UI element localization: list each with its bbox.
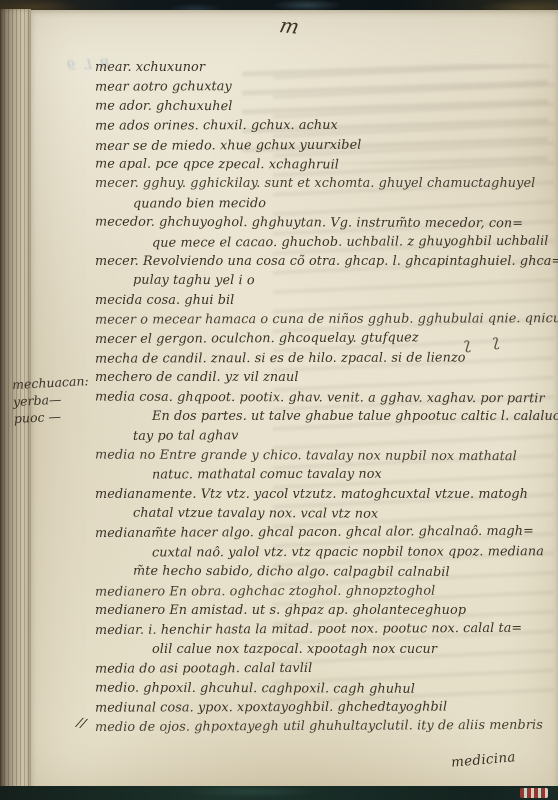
entry-line: media cosa. ghqpoot. pootix. ghav. venit… bbox=[31, 387, 558, 408]
entry-line: medianero En obra. oghchac ztoghol. ghno… bbox=[31, 581, 558, 602]
book-cover-bottom bbox=[0, 786, 558, 800]
entry-continuation: que mece el cacao. ghuchob. uchbalil. z … bbox=[31, 231, 558, 253]
entry-line: me ador. ghchuxuhel bbox=[31, 96, 558, 117]
headband-ribbon bbox=[520, 788, 548, 798]
entry-continuation: olil calue nox tazpocal. xpootagh nox cu… bbox=[31, 640, 558, 659]
manuscript-page: B L 9 m mear. xchuxunor mear aotro gchux… bbox=[31, 10, 558, 789]
margin-note: mechuacan: yerba— puoc — bbox=[12, 372, 95, 427]
entry-line: mear se de miedo. xhue gchux yuurxibel bbox=[31, 134, 558, 156]
entry-line: medianero En amistad. ut s. ghpaz ap. gh… bbox=[31, 601, 558, 620]
entry-continuation: cuxtal naô. yalol vtz. vtz qpacic nopbil… bbox=[31, 542, 558, 563]
entry-line: mediunal cosa. ypox. xpoxtayoghbil. ghch… bbox=[31, 697, 558, 718]
entry-line: media do asi pootagh. calal tavlil bbox=[31, 658, 558, 679]
entry-line: medio. ghpoxil. ghcuhul. caghpoxil. cagh… bbox=[31, 678, 558, 699]
entry-line: mecer. Revolviendo una cosa cõ otra. gh… bbox=[31, 252, 558, 271]
entry-continuation: natuc. mathatal comuc tavalay nox bbox=[31, 464, 558, 485]
entry-line: mechero de candil. yz vil znaul bbox=[31, 368, 558, 387]
entry-line: mediar. i. henchir hasta la mitad. poot … bbox=[31, 619, 558, 641]
catchword: medicina bbox=[450, 749, 516, 771]
entry-line: medianamente. Vtz vtz. yacol vtzutz. mat… bbox=[31, 485, 558, 504]
entry-line: mear aotro gchuxtay bbox=[31, 77, 558, 98]
book-photo: B L 9 m mear. xchuxunor mear aotro gchux… bbox=[0, 0, 558, 800]
entry-continuation: quando bien mecido bbox=[31, 193, 558, 214]
entry-line: me ados orines. chuxil. gchux. achux bbox=[31, 115, 558, 136]
entry-continuation: En dos partes. ut talve ghabue talue ghp… bbox=[31, 407, 558, 426]
entry-line: mear. xchuxunor bbox=[31, 58, 558, 77]
manuscript-text: mear. xchuxunor mear aotro gchuxtay me a… bbox=[31, 58, 558, 737]
entry-line: medio de ojos. ghpoxtayegh util ghuhulta… bbox=[31, 716, 558, 738]
entry-line: medianam̃te hacer algo. ghcal pacon. ghc… bbox=[31, 522, 558, 544]
entry-continuation: tay po tal aghav bbox=[31, 425, 558, 447]
entry-continuation: m̃te hecho sabido, dicho algo. calpagbil… bbox=[31, 561, 558, 582]
section-letter: m bbox=[277, 13, 301, 38]
entry-line: media no Entre grande y chico. tavalay n… bbox=[31, 445, 558, 466]
entry-line: me apal. pce qpce zpecal. xchaghruil bbox=[31, 154, 558, 175]
entry-line: mecedor. ghchuyoghol. ghghuytan. Vg. ins… bbox=[31, 212, 558, 233]
entry-line: mecer. gghuy. gghickilay. sunt et xchomt… bbox=[31, 174, 558, 193]
entry-continuation: pulay taghu yel i o bbox=[31, 271, 558, 292]
entry-line: mecida cosa. ghui bil bbox=[31, 291, 558, 310]
